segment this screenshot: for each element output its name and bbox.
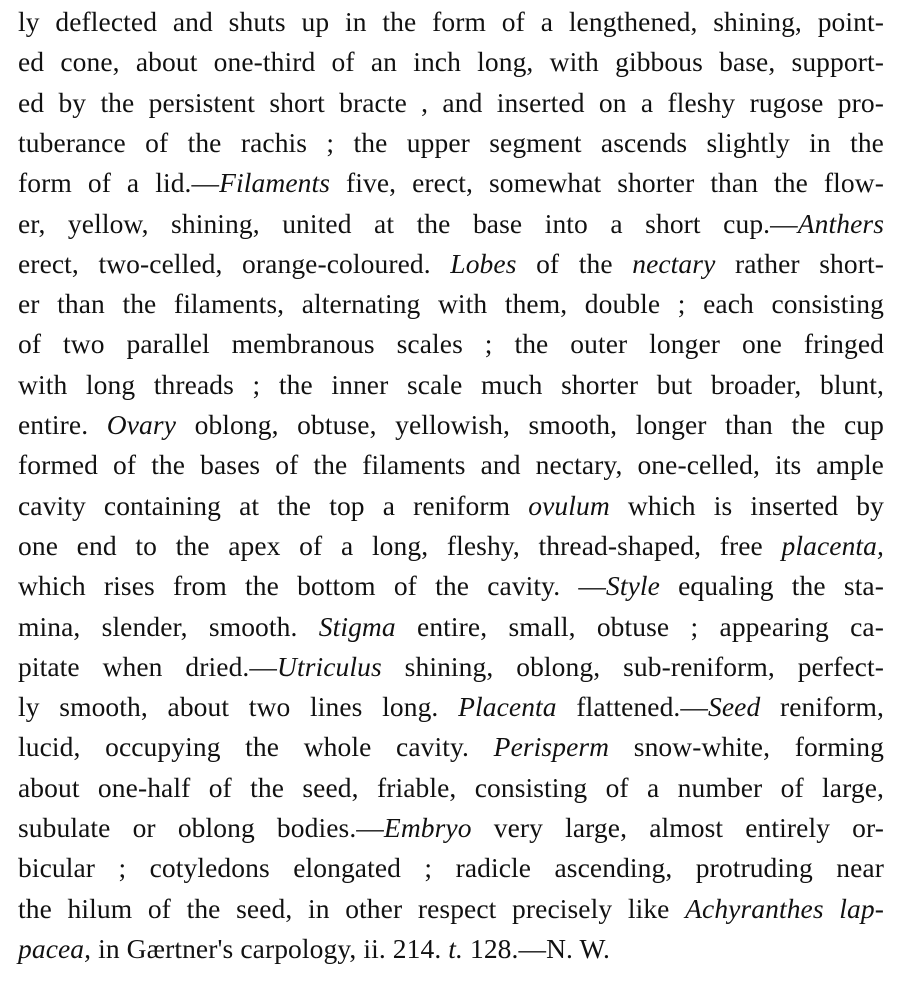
text-line: ly smooth, about two lines long. Placent… bbox=[18, 687, 884, 727]
italic-term: Embryo bbox=[384, 812, 472, 843]
text-run: oblong, obtuse, yellowish, smooth, longe… bbox=[176, 409, 884, 440]
italic-term: Placenta bbox=[458, 691, 557, 722]
text-line: subulate or oblong bodies.—Embryo very l… bbox=[18, 808, 884, 848]
text-run: ed by the persistent short bracte , and … bbox=[18, 87, 884, 118]
text-line: lucid, occupying the whole cavity. Peris… bbox=[18, 727, 884, 767]
text-line: er than the filaments, alternating with … bbox=[18, 284, 884, 324]
text-run: five, erect, somewhat shorter than the f… bbox=[330, 167, 884, 198]
text-run: er than the filaments, alternating with … bbox=[18, 288, 884, 319]
text-run: equaling the sta- bbox=[660, 570, 884, 601]
text-run: form of a lid.— bbox=[18, 167, 219, 198]
text-run: one end to the apex of a long, fleshy, t… bbox=[18, 530, 782, 561]
text-run: er, yellow, shining, united at the base … bbox=[18, 208, 798, 239]
italic-term: Lobes bbox=[450, 248, 516, 279]
text-run: with long threads ; the inner scale much… bbox=[18, 369, 884, 400]
text-run: mina, slender, smooth. bbox=[18, 611, 319, 642]
italic-term: pacea, bbox=[18, 933, 91, 964]
text-line: erect, two-celled, orange-coloured. Lobe… bbox=[18, 244, 884, 284]
text-run: very large, almost entirely or- bbox=[472, 812, 884, 843]
text-run: ed cone, about one-third of an inch long… bbox=[18, 46, 884, 77]
text-run: bicular ; cotyledons elongated ; radicle… bbox=[18, 852, 884, 883]
text-run: erect, two-celled, orange-coloured. bbox=[18, 248, 450, 279]
text-run: subulate or oblong bodies.— bbox=[18, 812, 384, 843]
text-line: pitate when dried.—Utriculus shining, ob… bbox=[18, 647, 884, 687]
text-line: which rises from the bottom of the cavit… bbox=[18, 566, 884, 606]
italic-term: Perisperm bbox=[494, 731, 609, 762]
text-run: tuberance of the rachis ; the upper segm… bbox=[18, 127, 884, 158]
text-run: flattened.— bbox=[557, 691, 708, 722]
text-line: of two parallel membranous scales ; the … bbox=[18, 324, 884, 364]
text-line: ed by the persistent short bracte , and … bbox=[18, 83, 884, 123]
text-line: er, yellow, shining, united at the base … bbox=[18, 204, 884, 244]
italic-term: Anthers bbox=[798, 208, 884, 239]
text-line: ly deflected and shuts up in the form of… bbox=[18, 2, 884, 42]
text-run: about one-half of the seed, friable, con… bbox=[18, 772, 884, 803]
text-run: ly smooth, about two lines long. bbox=[18, 691, 458, 722]
text-run: cavity containing at the top a reniform bbox=[18, 490, 528, 521]
italic-term: nectary bbox=[632, 248, 715, 279]
text-line: mina, slender, smooth. Stigma entire, sm… bbox=[18, 607, 884, 647]
text-run: which is inserted by bbox=[610, 490, 884, 521]
text-line: with long threads ; the inner scale much… bbox=[18, 365, 884, 405]
text-run: entire, small, obtuse ; appearing ca- bbox=[396, 611, 884, 642]
text-run: reniform, bbox=[760, 691, 884, 722]
text-run: formed of the bases of the filaments and… bbox=[18, 449, 884, 480]
text-run: pitate when dried.— bbox=[18, 651, 277, 682]
text-run: 128.—N. W. bbox=[463, 933, 610, 964]
italic-term: Ovary bbox=[107, 409, 176, 440]
scanned-page: ly deflected and shuts up in the form of… bbox=[0, 0, 900, 984]
text-line: cavity containing at the top a reniform … bbox=[18, 486, 884, 526]
text-line: formed of the bases of the filaments and… bbox=[18, 445, 884, 485]
text-run: snow-white, forming bbox=[609, 731, 884, 762]
italic-term: placenta, bbox=[782, 530, 884, 561]
text-line: ed cone, about one-third of an inch long… bbox=[18, 42, 884, 82]
text-run: rather short- bbox=[715, 248, 884, 279]
italic-term: Utriculus bbox=[277, 651, 382, 682]
italic-term: Achyranthes lap- bbox=[685, 893, 884, 924]
text-line: the hilum of the seed, in other respect … bbox=[18, 889, 884, 929]
italic-term: Seed bbox=[708, 691, 760, 722]
text-run: shining, oblong, sub-reniform, perfect- bbox=[382, 651, 884, 682]
italic-term: Style bbox=[606, 570, 660, 601]
italic-term: t. bbox=[448, 933, 463, 964]
text-line: about one-half of the seed, friable, con… bbox=[18, 768, 884, 808]
text-run: of the bbox=[517, 248, 633, 279]
text-line: form of a lid.—Filaments five, erect, so… bbox=[18, 163, 884, 203]
text-run: ly deflected and shuts up in the form of… bbox=[18, 6, 884, 37]
text-line: pacea, in Gærtner's carpology, ii. 214. … bbox=[18, 929, 884, 969]
text-line: one end to the apex of a long, fleshy, t… bbox=[18, 526, 884, 566]
italic-term: Stigma bbox=[319, 611, 396, 642]
text-line: tuberance of the rachis ; the upper segm… bbox=[18, 123, 884, 163]
text-run: of two parallel membranous scales ; the … bbox=[18, 328, 884, 359]
text-line: bicular ; cotyledons elongated ; radicle… bbox=[18, 848, 884, 888]
text-run: in Gærtner's carpology, ii. 214. bbox=[91, 933, 448, 964]
text-line: entire. Ovary oblong, obtuse, yellowish,… bbox=[18, 405, 884, 445]
italic-term: ovulum bbox=[528, 490, 610, 521]
text-run: entire. bbox=[18, 409, 107, 440]
italic-term: Filaments bbox=[219, 167, 330, 198]
text-run: the hilum of the seed, in other respect … bbox=[18, 893, 685, 924]
text-run: which rises from the bottom of the cavit… bbox=[18, 570, 606, 601]
text-run: lucid, occupying the whole cavity. bbox=[18, 731, 494, 762]
